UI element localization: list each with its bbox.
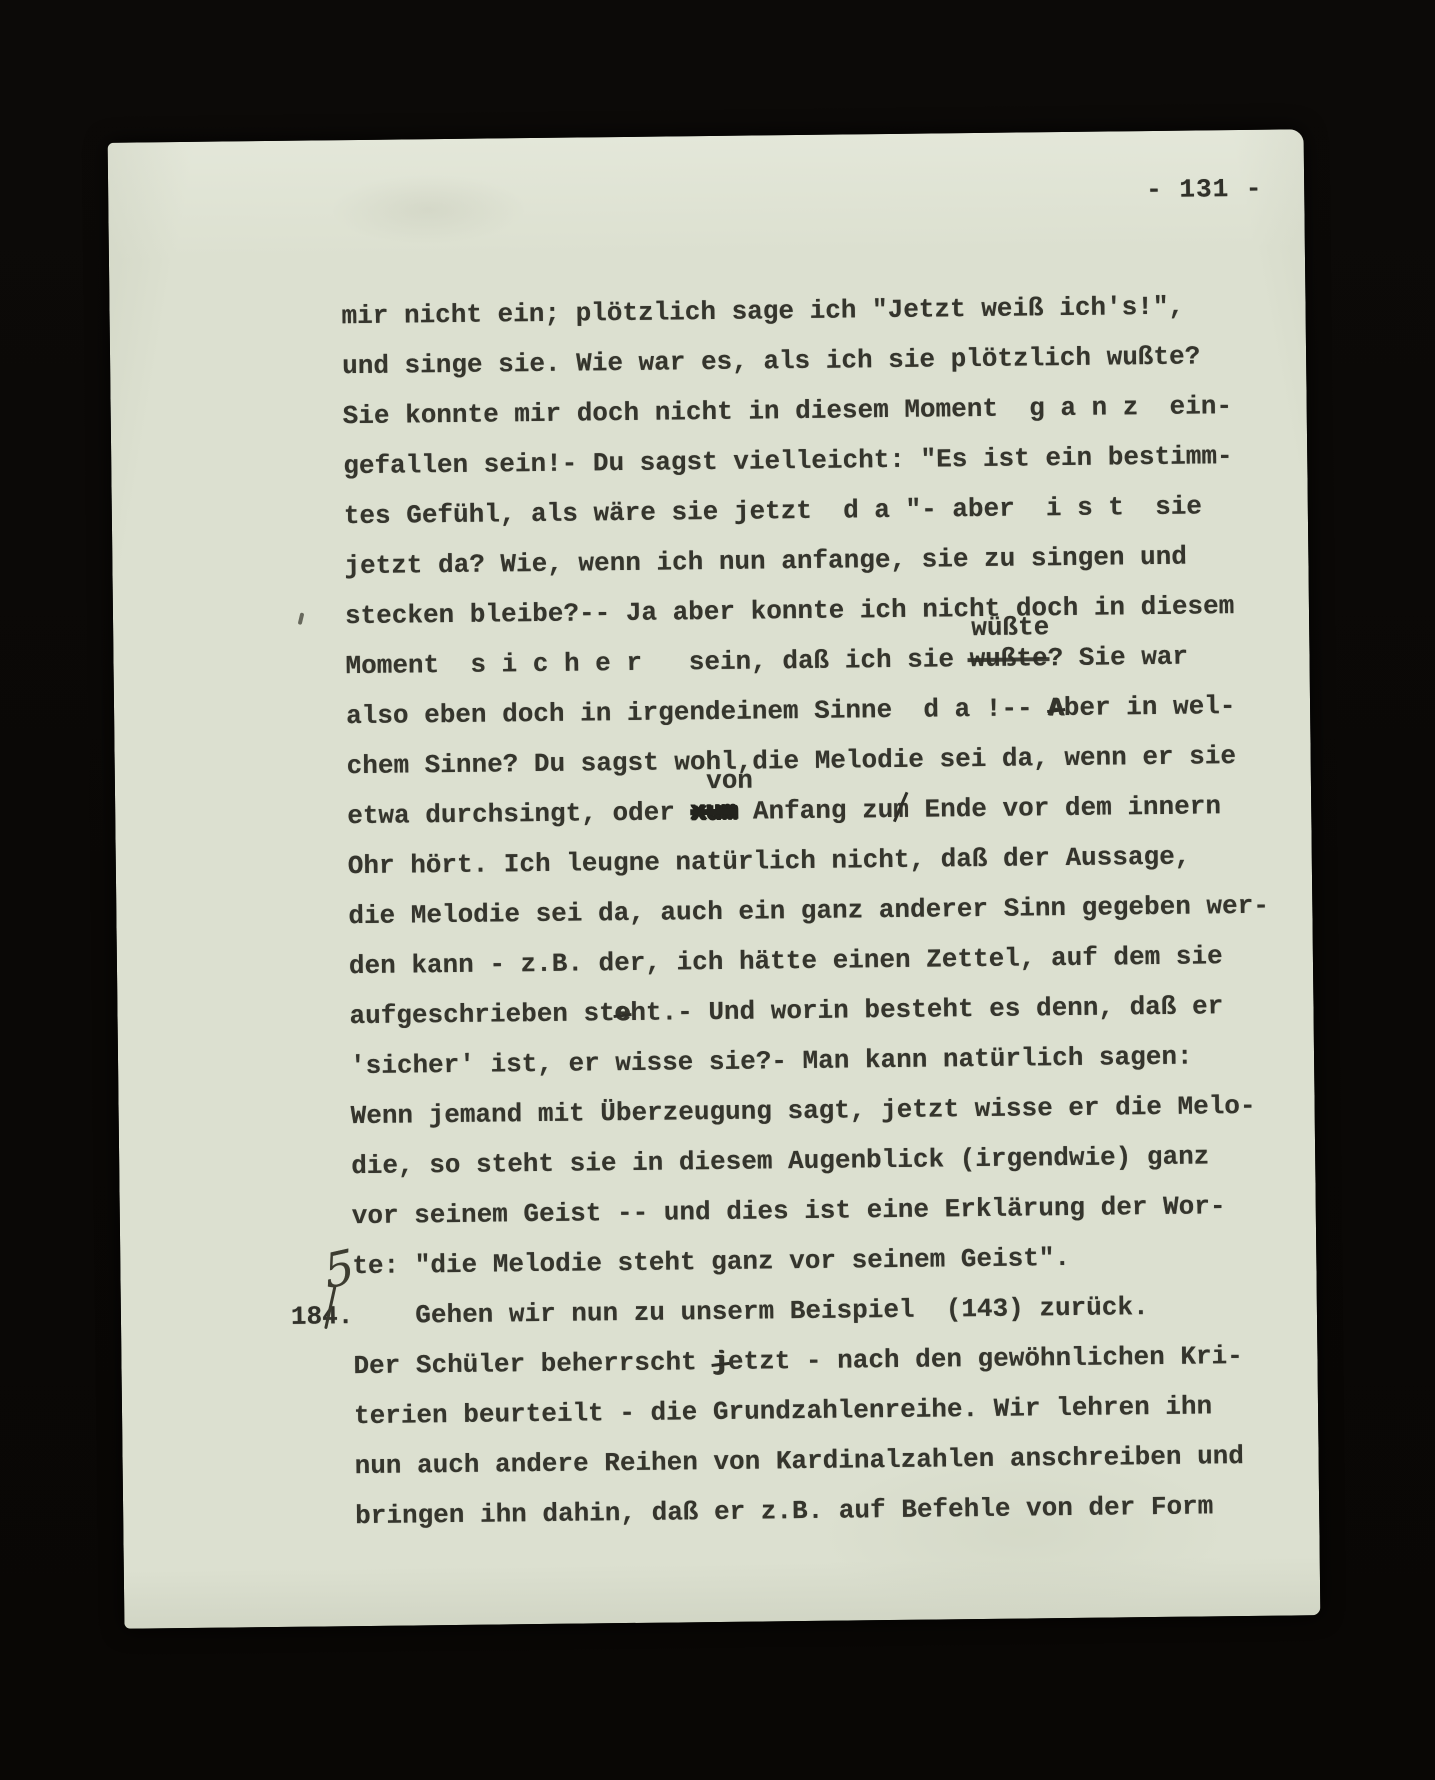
margin-number-prefix: 18 [291, 1301, 323, 1331]
scanned-typescript-screenshot: { "page": { "number": "- 131 -" }, "marg… [0, 0, 1435, 1780]
text-block: mir nicht ein; plötzlich sage ich "Jetzt… [341, 280, 1317, 1541]
text-segment: Gehen wir nun zu unserm Beispiel (143) z… [415, 1292, 1149, 1330]
text-segment: ht.- Und worin besteht es denn, daß er [630, 991, 1223, 1028]
text-segment: bringen ihn dahin, daß er z.B. auf Befeh… [355, 1491, 1213, 1531]
text-segment: Wenn jemand mit Überzeugung sagt, jetzt … [350, 1091, 1255, 1131]
overtyped-char: e [614, 988, 630, 1038]
text-segment: tes Gefühl, als wäre sie jetzt d a "- ab… [344, 491, 1202, 531]
text-segment: terien beurteilt - die Grundzahlenreihe.… [354, 1391, 1212, 1431]
text-segment: und singe sie. Wie war es, als ich sie p… [342, 341, 1200, 381]
text-segment: den kann - z.B. der, ich hätte einen Zet… [349, 941, 1223, 981]
text-segment: gefallen sein!- Du sagst vielleicht: "Es… [343, 441, 1233, 481]
correction-blackout-word: xum [690, 787, 737, 838]
slashed-char: m [893, 785, 909, 835]
text-segment: die Melodie sei da, auch ein ganz andere… [348, 891, 1269, 931]
typed-correction: wüßtewußte [969, 633, 1048, 684]
text-segment: mir nicht ein; plötzlich sage ich "Jetzt… [341, 292, 1184, 332]
text-segment: die, so steht sie in diesem Augenblick (… [351, 1141, 1209, 1181]
text-segment: aufgeschrieben st [349, 998, 615, 1031]
text-segment: Anfang zu [737, 795, 893, 827]
text-segment: Ende vor dem innern [909, 791, 1221, 825]
text-segment: etwa durchsingt, oder [347, 797, 691, 831]
text-segment: also eben doch in irgendeinem Sinne d a … [346, 693, 1048, 731]
text-segment: stecken bleibe?-- Ja aber konnte ich nic… [345, 591, 1235, 631]
typed-correction: vonxum [690, 787, 737, 838]
margin-number-period: . [338, 1301, 354, 1331]
ink-stray-mark [298, 612, 305, 625]
text-segment: te: "die Melodie steht ganz vor seinem G… [352, 1243, 1070, 1281]
text-segment: ? Sie war [1047, 642, 1188, 674]
text-segment: chem Sinne? Du sagst wohl,die Melodie se… [347, 741, 1237, 781]
text-segment: 'sicher' ist, er wisse sie?- Man kann na… [350, 1042, 1193, 1082]
overtyped-char: j [712, 1337, 728, 1387]
text-segment: Moment s i c h e r sein, daß ich sie [345, 644, 969, 681]
text-segment: ber in wel- [1064, 691, 1236, 723]
text-segment: nun auch andere Reihen von Kardinalzahle… [354, 1441, 1244, 1481]
text-segment: vor seinem Geist -- und dies ist eine Er… [352, 1191, 1226, 1231]
text-segment: Sie konnte mir doch nicht in diesem Mome… [343, 391, 1233, 431]
text-line: bringen ihn dahin, daß er z.B. auf Befeh… [355, 1480, 1318, 1541]
page-number: - 131 - [1146, 174, 1263, 205]
text-segment: jetzt da? Wie, wenn ich nun anfange, sie… [344, 542, 1187, 582]
document-page: - 131 - mir nicht ein; plötzlich sage ic… [108, 129, 1321, 1628]
correction-struck-word: wußte [969, 633, 1048, 684]
text-segment: etzt - nach den gewöhnlichen Kri- [728, 1341, 1243, 1377]
overtyped-char: A [1048, 683, 1064, 733]
text-segment: Der Schüler beherrscht [353, 1347, 712, 1381]
text-segment: Ohr hört. Ich leugne natürlich nicht, da… [348, 842, 1191, 882]
margin-section-number: 184. [291, 1291, 354, 1342]
